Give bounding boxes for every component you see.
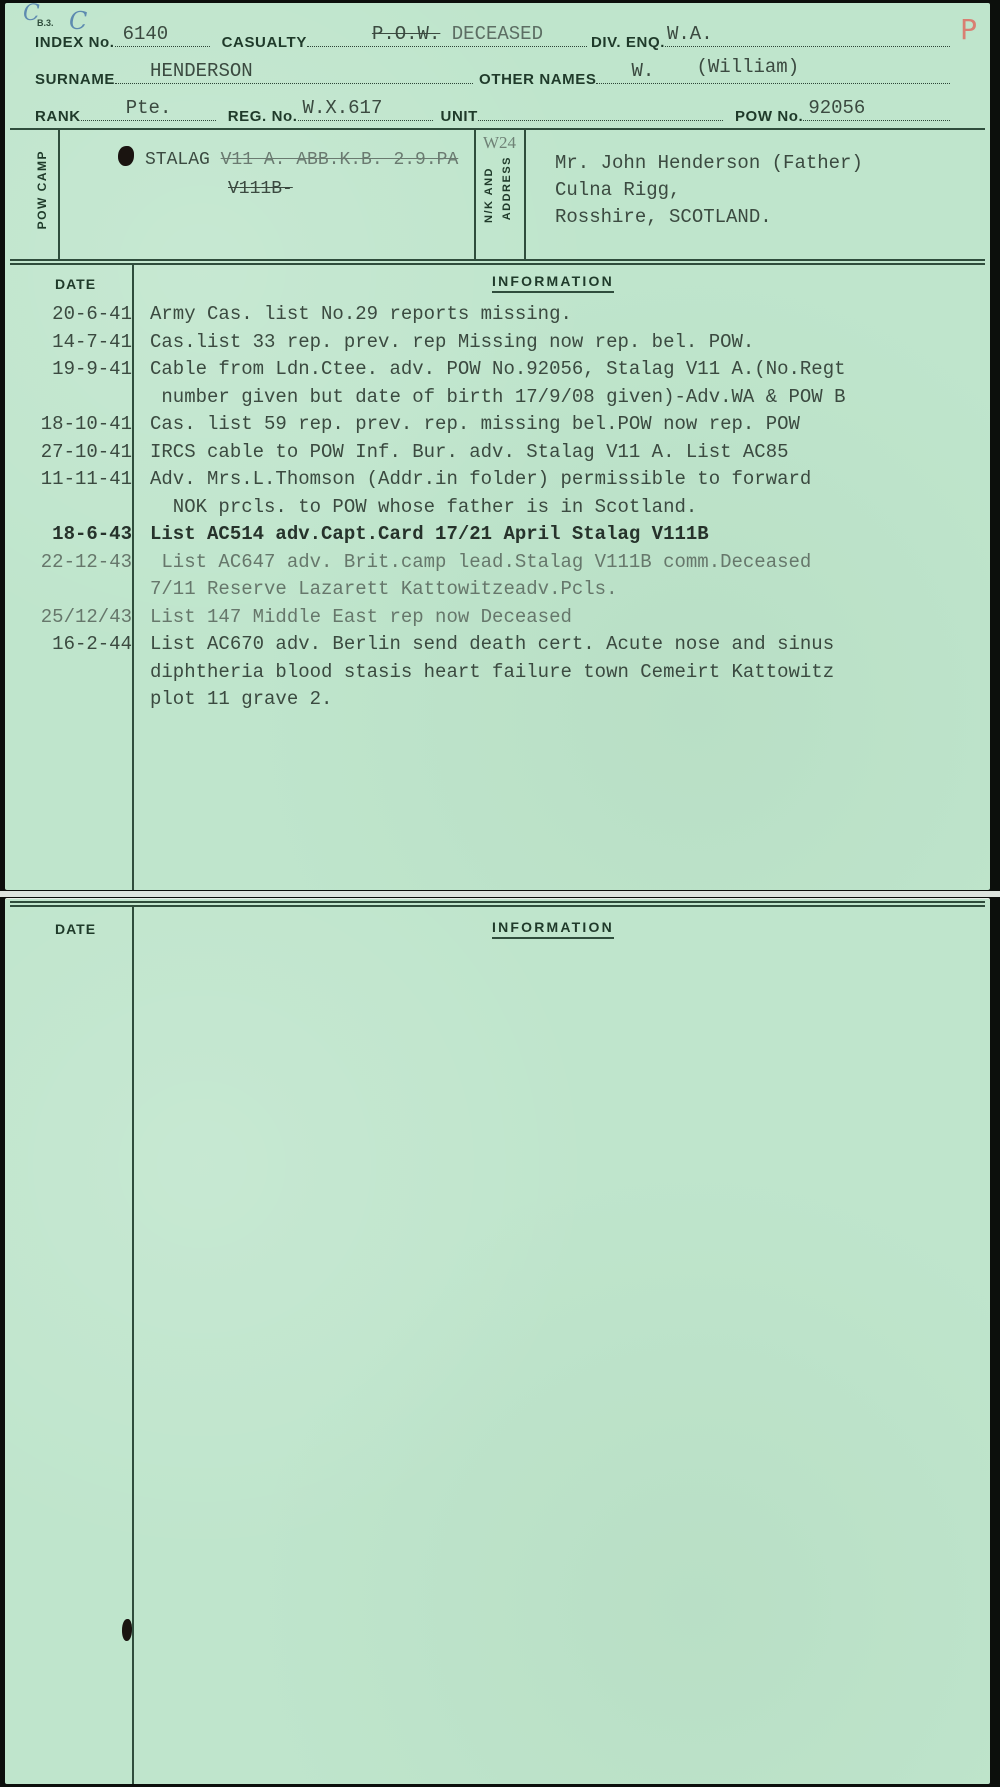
log-entry-text: List AC514 adv.Capt.Card 17/21 April Sta…: [150, 523, 709, 545]
index-card-back: DATE INFORMATION: [5, 898, 990, 1784]
nok-label-line1: N/K AND: [483, 167, 495, 223]
log-entry: number given but date of birth 17/9/08 g…: [5, 386, 990, 414]
log-entry: 22-12-43 List AC647 adv. Brit.camp lead.…: [5, 551, 990, 579]
log-entry: 18-6-43List AC514 adv.Capt.Card 17/21 Ap…: [5, 523, 990, 551]
log-entry-date: 14-7-41: [52, 331, 132, 353]
log-entry-date: 25/12/43: [41, 606, 132, 628]
surname-field: HENDERSON: [115, 65, 473, 84]
log-entry-text: List AC647 adv. Brit.camp lead.Stalag V1…: [150, 551, 811, 573]
div-enq-label: DIV. ENQ.: [591, 34, 665, 51]
index-no-field: 6140: [115, 28, 210, 47]
surname-label: SURNAME: [35, 71, 115, 88]
log-entry-text: IRCS cable to POW Inf. Bur. adv. Stalag …: [150, 441, 789, 463]
other-names-field: W. (William): [596, 65, 950, 84]
log-entry-text: Cable from Ldn.Ctee. adv. POW No.92056, …: [150, 358, 846, 380]
pow-camp-prefix: STALAG: [145, 150, 210, 170]
pow-camp-struck-1: V11 A. ABB.K.B. 2.9.PA: [221, 150, 459, 170]
div-enq-field: W.A.: [665, 28, 950, 47]
information-header: INFORMATION: [492, 273, 614, 293]
index-no-label: INDEX No.: [35, 34, 115, 51]
divider: [58, 129, 60, 259]
divider: [10, 901, 985, 903]
log-entry-text: Army Cas. list No.29 reports missing.: [150, 303, 572, 325]
log-entry: diphtheria blood stasis heart failure to…: [5, 661, 990, 689]
log-entry: 18-10-41Cas. list 59 rep. prev. rep. mis…: [5, 413, 990, 441]
reg-no-label: REG. No.: [228, 108, 298, 125]
log-entry-text: NOK prcls. to POW whose father is in Sco…: [150, 496, 697, 518]
pow-camp-line1: STALAG V11 A. ABB.K.B. 2.9.PA: [145, 150, 458, 170]
pow-no-value: 92056: [808, 97, 865, 119]
casualty-value-group: P.O.W. DECEASED: [372, 23, 543, 45]
card-separator: [0, 891, 1000, 897]
information-log: 20-6-41Army Cas. list No.29 reports miss…: [5, 303, 990, 716]
log-entry-date: 11-11-41: [41, 468, 132, 490]
log-entry: 25/12/43List 147 Middle East rep now Dec…: [5, 606, 990, 634]
pow-camp-struck-2: V111B-: [228, 179, 293, 199]
log-entry: 20-6-41Army Cas. list No.29 reports miss…: [5, 303, 990, 331]
surname-value: HENDERSON: [150, 60, 253, 82]
log-entry-date: 18-6-43: [52, 523, 132, 545]
punch-hole: [122, 1619, 132, 1641]
date-header: DATE: [55, 276, 96, 292]
log-entry-text: plot 11 grave 2.: [150, 688, 332, 710]
pow-camp-label: POW CAMP: [35, 150, 49, 229]
log-entry-text: 7/11 Reserve Lazarett Kattowitzeadv.Pcls…: [150, 578, 617, 600]
other-names-label: OTHER NAMES: [479, 71, 596, 88]
rank-field: Pte.: [81, 102, 216, 121]
reg-no-field: W.X.617: [298, 102, 433, 121]
pow-no-field: 92056: [803, 102, 950, 121]
log-entry: plot 11 grave 2.: [5, 688, 990, 716]
rank-value: Pte.: [126, 97, 172, 119]
nok-code: W24: [483, 133, 516, 153]
log-entry: 27-10-41IRCS cable to POW Inf. Bur. adv.…: [5, 441, 990, 469]
nok-address-line: Mr. John Henderson (Father): [555, 150, 863, 177]
log-entry-date: 16-2-44: [52, 633, 132, 655]
reg-no-value: W.X.617: [303, 97, 383, 119]
log-entry-date: 27-10-41: [41, 441, 132, 463]
casualty-struck-value: P.O.W.: [372, 23, 440, 45]
unit-label: UNIT: [441, 108, 478, 125]
nok-address: Mr. John Henderson (Father) Culna Rigg, …: [555, 150, 863, 231]
log-entry: 7/11 Reserve Lazarett Kattowitzeadv.Pcls…: [5, 578, 990, 606]
log-entry: 11-11-41Adv. Mrs.L.Thomson (Addr.in fold…: [5, 468, 990, 496]
row-index-casualty: INDEX No. 6140 CASUALTY P.O.W. DECEASED …: [35, 28, 965, 51]
log-entry-date: 20-6-41: [52, 303, 132, 325]
other-names-value: W.: [631, 60, 654, 82]
nok-address-line: Rosshire, SCOTLAND.: [555, 204, 863, 231]
divider: [10, 263, 985, 265]
log-entry-text: number given but date of birth 17/9/08 g…: [150, 386, 846, 408]
divider: [10, 128, 985, 130]
log-entry-text: Adv. Mrs.L.Thomson (Addr.in folder) perm…: [150, 468, 811, 490]
date-header: DATE: [55, 921, 96, 937]
log-entry: 16-2-44List AC670 adv. Berlin send death…: [5, 633, 990, 661]
divider: [474, 129, 476, 259]
other-names-extra: (William): [696, 56, 799, 78]
log-entry-date: 18-10-41: [41, 413, 132, 435]
log-entry-date: 19-9-41: [52, 358, 132, 380]
pow-no-label: POW No.: [735, 108, 803, 125]
divider: [10, 905, 985, 907]
log-entry-text: diphtheria blood stasis heart failure to…: [150, 661, 834, 683]
divider: [524, 129, 526, 259]
rank-label: RANK: [35, 108, 81, 125]
nok-label-line2: ADDRESS: [501, 156, 513, 220]
log-entry-date: 22-12-43: [41, 551, 132, 573]
log-entry: 19-9-41Cable from Ldn.Ctee. adv. POW No.…: [5, 358, 990, 386]
log-entry-text: List 147 Middle East rep now Deceased: [150, 606, 572, 628]
divider: [132, 907, 134, 1784]
casualty-label: CASUALTY: [222, 34, 307, 51]
row-rank: RANK Pte. REG. No. W.X.617 UNIT POW No. …: [35, 102, 965, 125]
log-entry: 14-7-41Cas.list 33 rep. prev. rep Missin…: [5, 331, 990, 359]
unit-field: [478, 102, 723, 121]
casualty-value: DECEASED: [452, 23, 543, 45]
punch-hole: [118, 146, 134, 166]
log-entry-text: Cas.list 33 rep. prev. rep Missing now r…: [150, 331, 754, 353]
index-card-front: C C B.3. P INDEX No. 6140 CASUALTY P.O.W…: [5, 3, 990, 890]
log-entry-text: Cas. list 59 rep. prev. rep. missing bel…: [150, 413, 800, 435]
information-header: INFORMATION: [492, 919, 614, 939]
divider: [10, 259, 985, 261]
div-enq-value: W.A.: [667, 23, 713, 45]
index-no-value: 6140: [123, 23, 169, 45]
log-entry: NOK prcls. to POW whose father is in Sco…: [5, 496, 990, 524]
log-entry-text: List AC670 adv. Berlin send death cert. …: [150, 633, 834, 655]
row-surname: SURNAME HENDERSON OTHER NAMES W. (Willia…: [35, 65, 965, 88]
casualty-field: P.O.W. DECEASED: [307, 28, 587, 47]
form-code: B.3.: [37, 18, 54, 28]
nok-address-line: Culna Rigg,: [555, 177, 863, 204]
